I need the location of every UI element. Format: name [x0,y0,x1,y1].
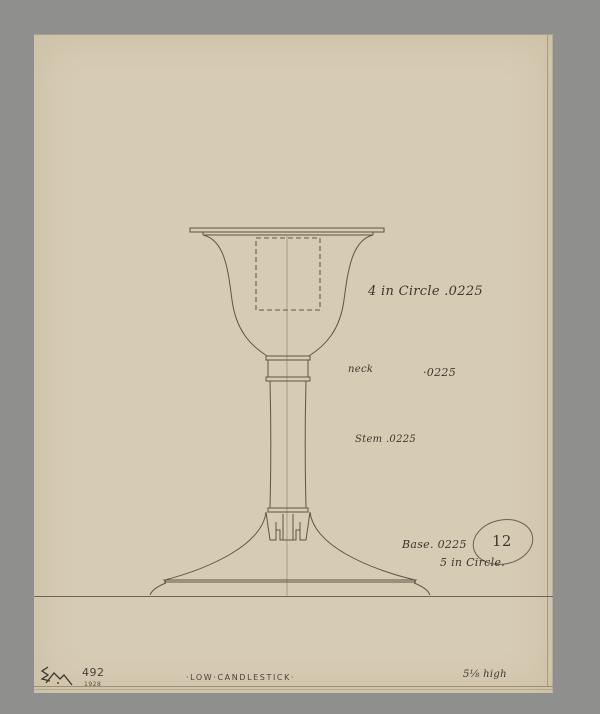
ground-line [34,596,553,597]
bottom-border [34,686,553,687]
catalog-number: 492 [82,666,105,679]
candlestick-drawing [0,0,600,714]
cup-neck [266,356,310,381]
base-bell [165,512,415,580]
annotation-base-circle: 5 in Circle. [440,556,505,569]
candle-socket [256,238,320,310]
stem-collar [268,508,308,512]
cup-rim [190,228,384,235]
drawing-year: 1928 [84,681,101,688]
annotation-base-circled: 12 [492,532,512,550]
stem [270,381,306,508]
annotation-cup: 4 in Circle .0225 [368,284,483,299]
monogram-icon [40,665,80,687]
annotation-stem: Stem .0225 [355,434,416,445]
cup-bowl [203,235,373,356]
height-note: 5⅛ high [463,669,507,680]
drawing-title: ·LOW·CANDLESTICK· [186,673,295,682]
annotation-neck-value: ·0225 [423,366,456,379]
fluted-ornament [266,512,310,540]
base-foot [150,580,430,595]
bottom-border-outer [34,689,553,690]
annotation-base: Base. 0225 [402,538,467,551]
annotation-neck-label: neck [348,364,373,375]
